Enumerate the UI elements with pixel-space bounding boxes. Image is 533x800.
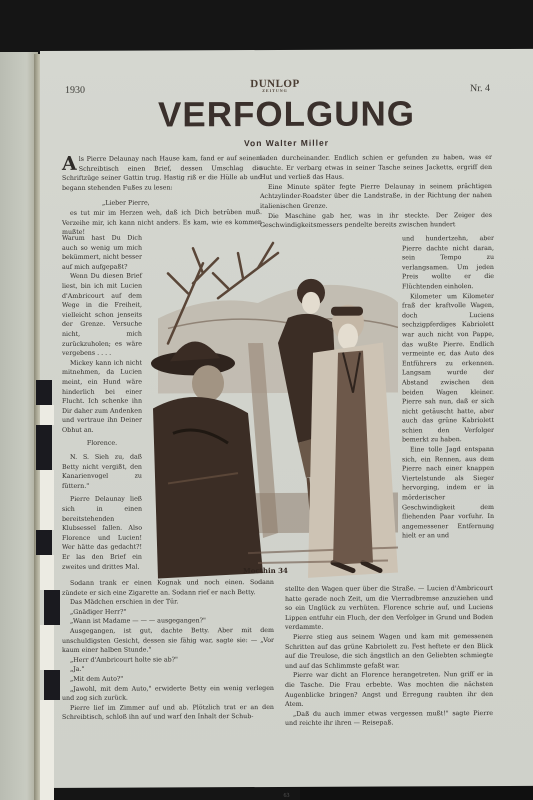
torn-edge xyxy=(44,590,60,625)
ending-paragraph: Pierre war dicht an Florence herangetret… xyxy=(285,670,493,709)
left-column: Warum hast Du Dich auch so wenig um mich… xyxy=(62,234,142,573)
right-paragraph: Die Maschine gab her, was in ihr steckte… xyxy=(260,211,492,231)
intro-paragraph: A ls Pierre Delaunay nach Hause kam, fan… xyxy=(62,154,262,238)
left-paragraph: Warum hast Du Dich auch so wenig um mich… xyxy=(62,234,142,273)
dialogue-paragraph: Ausgegangen, ist gut, dachte Betty. Aber… xyxy=(62,626,274,656)
dialogue-paragraph: „Jawohl, mit dem Auto," erwiderte Betty … xyxy=(62,684,274,704)
torn-edge xyxy=(40,470,54,530)
ending-paragraph: „Daß du auch immer etwas vergessen mußt!… xyxy=(285,709,493,729)
torn-edge xyxy=(44,670,60,700)
right-paragraph: Eine Minute später fegte Pierre Delaunay… xyxy=(260,182,492,212)
article-byline: Von Walter Miller xyxy=(40,137,533,149)
right-paragraph: Kilometer um Kilometer fraß der kraftvol… xyxy=(402,292,494,446)
ending-paragraph: stellte den Wagen quer über die Straße. … xyxy=(285,584,493,633)
letter-signature: Florence. xyxy=(62,439,142,449)
torn-edge xyxy=(36,530,52,555)
right-paragraph: laden durcheinander. Endlich schien er g… xyxy=(260,153,492,183)
torn-edge xyxy=(40,625,54,670)
left-paragraph: Pierre Delaunay ließ sich in einen berei… xyxy=(62,495,142,572)
facing-page-edge xyxy=(0,52,38,800)
magazine-page: 1930 Nr. 4 DUNLOP ZEITUNG VERFOLGUNG Von… xyxy=(40,49,533,788)
story-illustration: Mocthin 34 xyxy=(148,232,398,581)
torn-edge xyxy=(36,380,52,405)
right-column: und hundertzehn, aber Pierre dachte nich… xyxy=(402,234,494,541)
dialogue-paragraph: Sodann trank er einen Kognak und noch ei… xyxy=(62,578,274,598)
dialogue-paragraph: Pierre lief im Zimmer auf und ab. Plötzl… xyxy=(62,703,274,723)
intro-text: ls Pierre Delaunay nach Hause kam, fand … xyxy=(62,155,262,192)
dunlop-logo: DUNLOP ZEITUNG xyxy=(248,79,302,93)
left-paragraph: N. S. Sieh zu, daß Betty nicht vergißt, … xyxy=(62,453,142,492)
torn-edge xyxy=(36,425,52,470)
article-title: VERFOLGUNG xyxy=(40,95,533,135)
torn-edge xyxy=(40,555,54,590)
right-top-paragraphs: laden durcheinander. Endlich schien er g… xyxy=(260,153,492,231)
background-shadow xyxy=(300,787,533,800)
left-paragraph: Mickey kann ich nicht mitnehmen, da Luci… xyxy=(62,358,142,435)
right-paragraph: und hundertzehn, aber Pierre dachte nich… xyxy=(402,234,494,292)
right-paragraph: Eine tolle Jagd entspann sich, ein Renne… xyxy=(402,445,494,541)
issue-label: Nr. 4 xyxy=(470,83,490,94)
torn-edge xyxy=(40,405,54,425)
bottom-right-column: stellte den Wagen quer über die Straße. … xyxy=(285,584,493,729)
drop-cap: A xyxy=(62,156,77,173)
left-paragraph: Wenn Du diesen Brief liest, bin ich mit … xyxy=(62,272,142,359)
artist-signature: Mocthin 34 xyxy=(243,566,288,575)
illustration-drawing: Mocthin 34 xyxy=(148,232,398,581)
bottom-left-column: Sodann trank er einen Kognak und noch ei… xyxy=(62,578,274,723)
ending-paragraph: Pierre stieg aus seinem Wagen und kam mi… xyxy=(285,632,493,671)
torn-edge xyxy=(40,700,54,800)
year-label: 1930 xyxy=(65,85,85,96)
